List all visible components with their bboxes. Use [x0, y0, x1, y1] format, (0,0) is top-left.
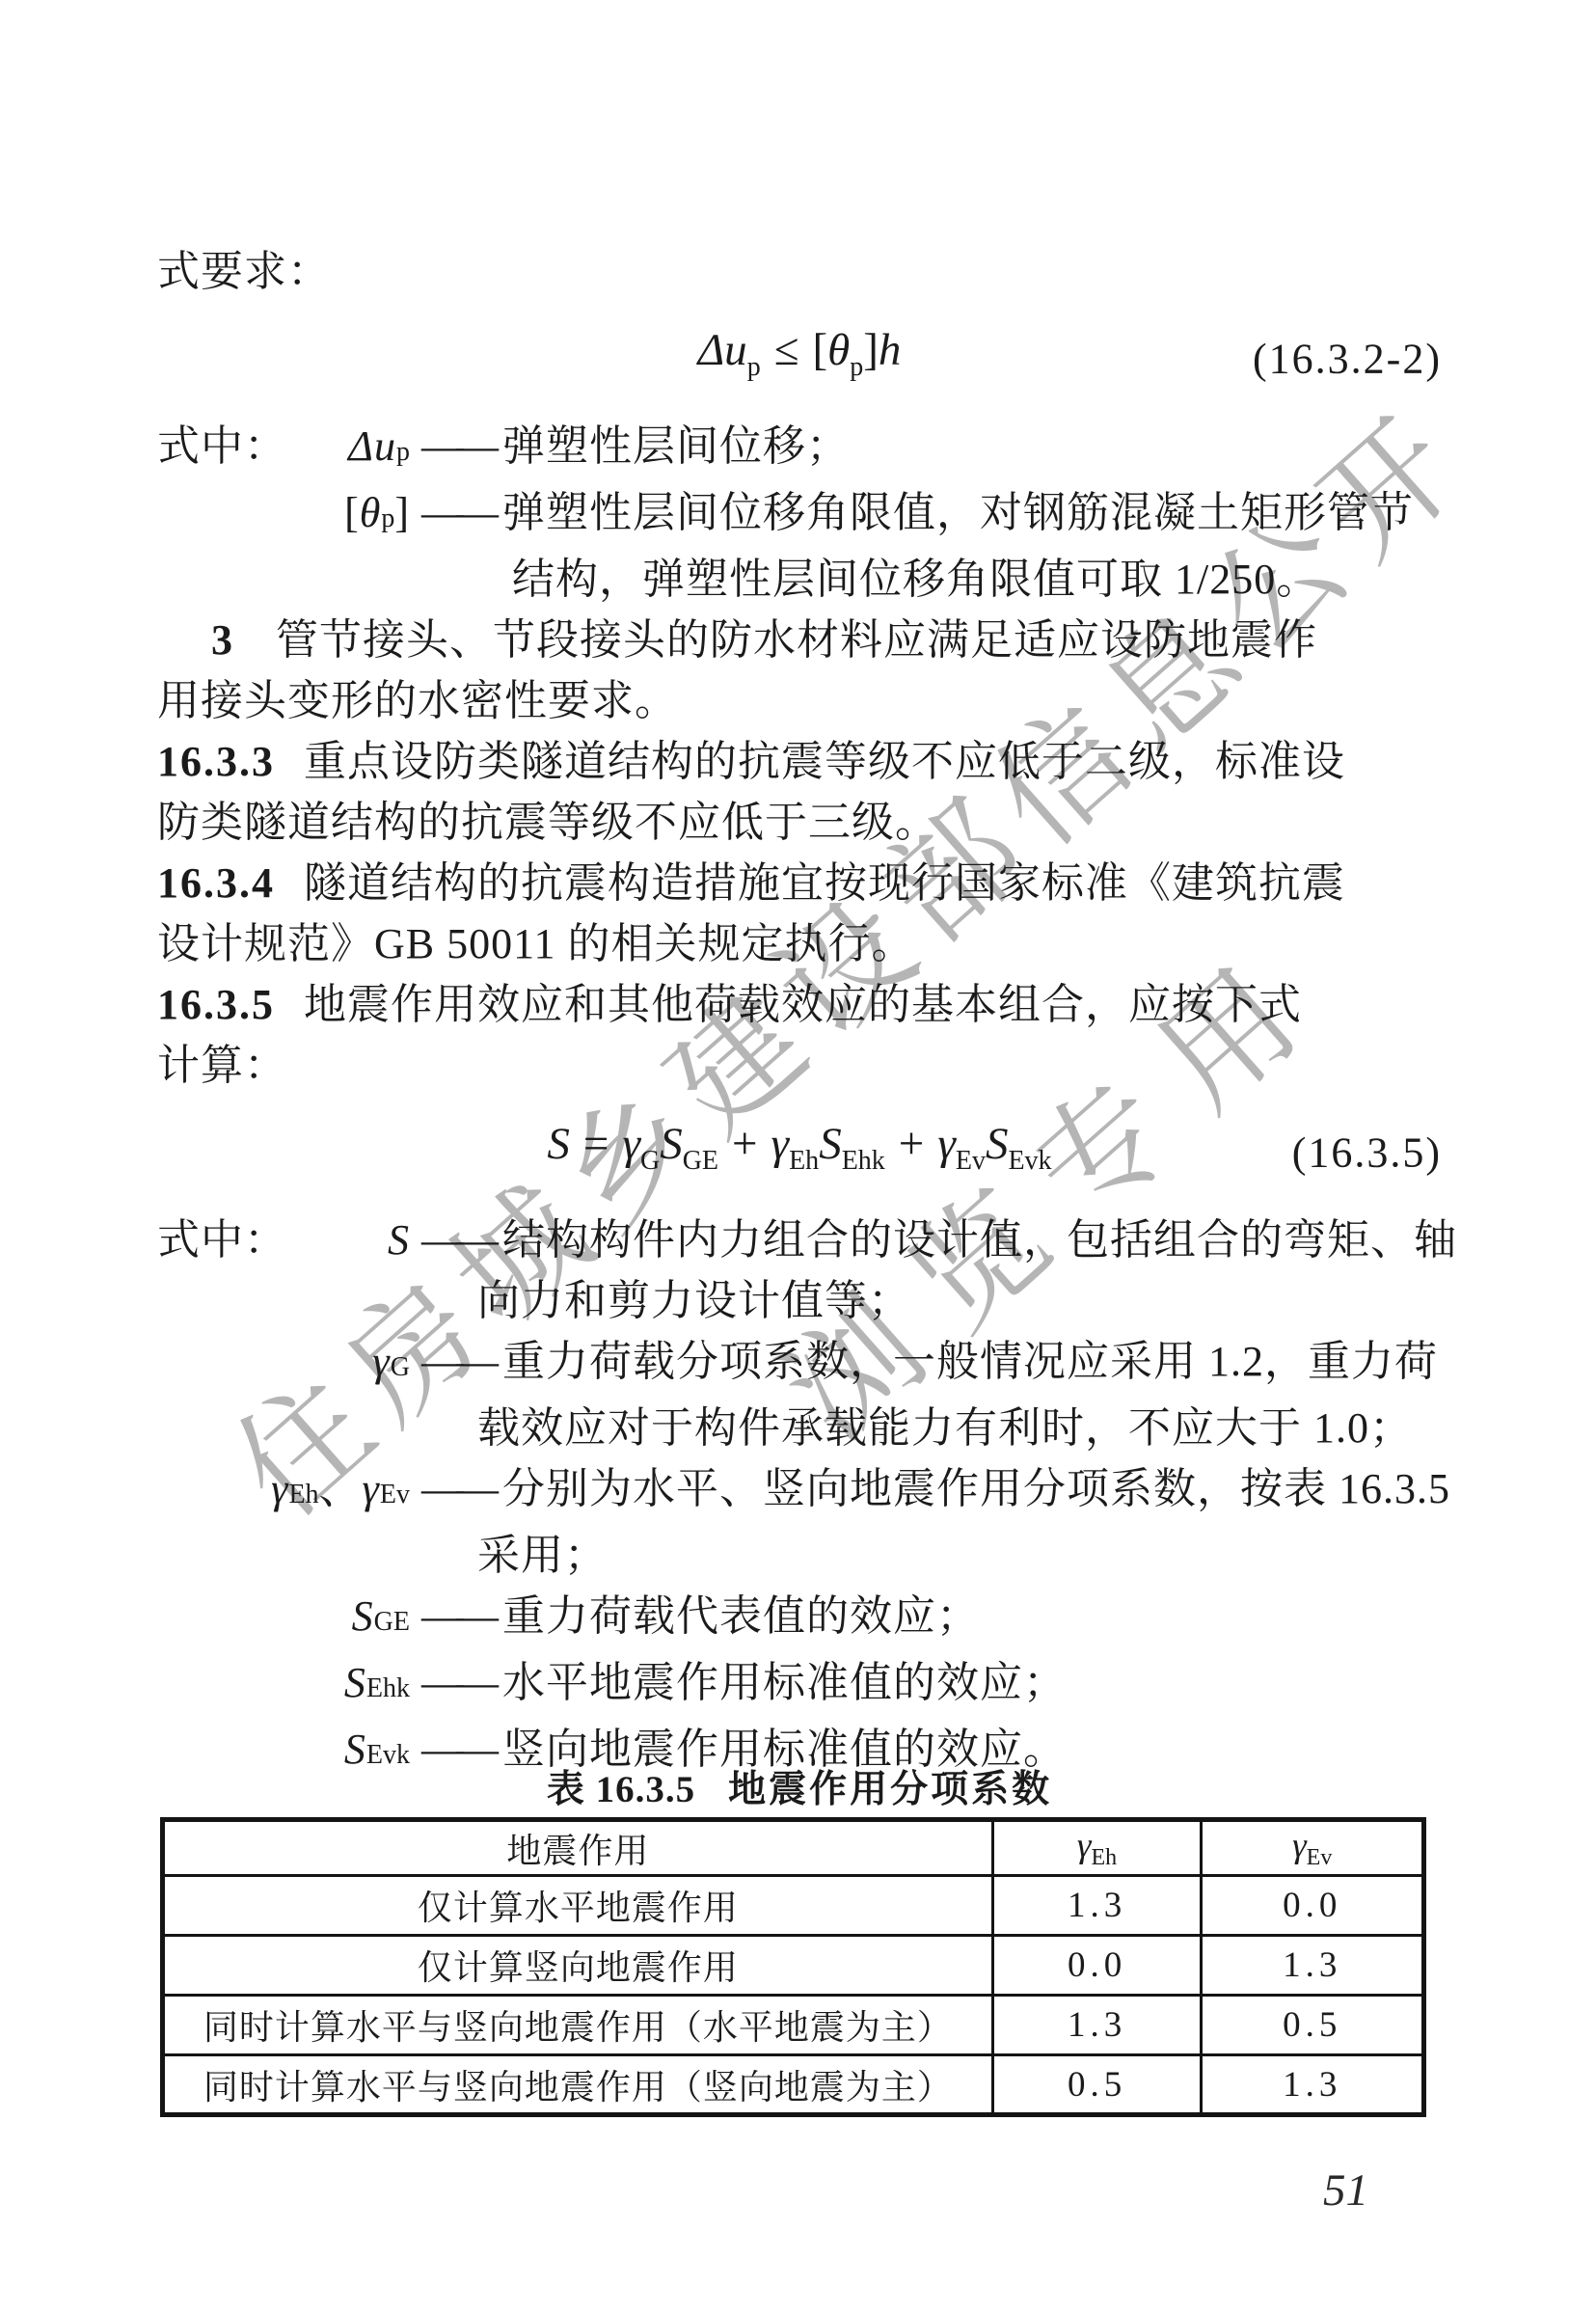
- eq-sub: p: [747, 352, 761, 382]
- def-symbol: SGE: [157, 1586, 410, 1652]
- eq-var: θ: [360, 482, 382, 543]
- clause-3-line-1: 3管节接头、节段接头的防水材料应满足适应设防地震作: [157, 610, 1442, 670]
- eq-bracket: [: [812, 325, 827, 375]
- definition-row: [θp] —— 弹塑性层间位移角限值，对钢筋混凝土矩形管节: [157, 482, 1442, 549]
- eq-var: γ: [622, 1119, 640, 1169]
- table-row: 同时计算水平与竖向地震作用（竖向地震为主） 0.5 1.3: [163, 2055, 1424, 2115]
- clause-text: 管节接头、节段接头的防水材料应满足适应设防地震作: [276, 616, 1317, 664]
- eq-var: S: [388, 1210, 410, 1270]
- eq-sub: p: [850, 352, 863, 382]
- body-text: 式要求： Δup≤[θp]h (16.3.2-2) 式中：Δup —— 弹塑性层…: [157, 241, 1442, 1785]
- def-symbol: γEh、γEv: [157, 1458, 410, 1525]
- eq-var: S: [344, 1652, 366, 1713]
- def-symbol: SEhk: [157, 1652, 410, 1719]
- eq-sub: Eh: [789, 1146, 819, 1176]
- table-row: 仅计算竖向地震作用 0.0 1.3: [163, 1936, 1424, 1996]
- def-text: 重力荷载代表值的效应；: [502, 1586, 1442, 1652]
- equation-16-3-2-2: Δup≤[θp]h (16.3.2-2): [157, 302, 1442, 416]
- intro-line: 式要求：: [157, 241, 1442, 302]
- eq-operator: =: [570, 1119, 623, 1169]
- document-page: 住房城乡建设部信息公开 浏览专用 式要求： Δup≤[θp]h (16.3.2-…: [0, 0, 1596, 2311]
- def-dash: ——: [410, 1652, 502, 1719]
- equation-body: Δup≤[θp]h: [698, 320, 902, 397]
- eq-sub: Eh: [288, 1464, 318, 1525]
- gamma-symbol: γ: [1292, 1826, 1307, 1865]
- table-header-row: 地震作用 γEh γEv: [163, 1820, 1424, 1876]
- table-cell: 1.3: [1202, 1936, 1424, 1996]
- eq-sub: p: [381, 488, 394, 549]
- definition-row: γEh、γEv —— 分别为水平、竖向地震作用分项系数，按表 16.3.5: [157, 1458, 1442, 1525]
- table-cell: 0.5: [992, 2055, 1202, 2115]
- table-16-3-5: 地震作用 γEh γEv 仅计算水平地震作用 1.3 0.0 仅计算竖向地震作用…: [160, 1817, 1426, 2117]
- clause-number: 3: [211, 616, 233, 664]
- eq-var: γ: [771, 1119, 790, 1169]
- eq-var: S: [660, 1119, 683, 1169]
- eq-sub: Ehk: [366, 1658, 410, 1719]
- clause-16-3-3-line-1: 16.3.3重点设防类隧道结构的抗震等级不应低于二级，标准设: [157, 731, 1442, 792]
- def-symbol: γG: [157, 1331, 410, 1398]
- clause-16-3-5-line-1: 16.3.5地震作用效应和其他荷载效应的基本组合，应按下式: [157, 974, 1442, 1035]
- page-number: 51: [1323, 2164, 1368, 2216]
- def-text: 重力荷载分项系数，一般情况应采用 1.2，重力荷: [502, 1331, 1442, 1398]
- def-continuation: 载效应对于构件承载能力有利时，不应大于 1.0；: [157, 1398, 1442, 1458]
- def-separator: 、: [319, 1458, 363, 1519]
- def-symbol: 式中：Δup: [157, 416, 410, 482]
- clause-label: 16.3.5: [157, 981, 275, 1028]
- clause-text: 隧道结构的抗震构造措施宜按现行国家标准《建筑抗震: [304, 859, 1345, 907]
- table-cell: 1.3: [992, 1876, 1202, 1936]
- def-dash: ——: [410, 1331, 502, 1398]
- gamma-symbol: γ: [1077, 1826, 1092, 1865]
- table-cell: 同时计算水平与竖向地震作用（竖向地震为主）: [163, 2055, 993, 2115]
- table-header-cell: 地震作用: [163, 1820, 993, 1876]
- equation-number: (16.3.5): [1292, 1123, 1442, 1183]
- def-symbol: [θp]: [157, 482, 410, 549]
- clause-label: 16.3.4: [157, 859, 275, 907]
- table-cell: 0.5: [1202, 1996, 1424, 2055]
- gamma-sub: Eh: [1092, 1845, 1118, 1870]
- table-cell: 0.0: [1202, 1876, 1424, 1936]
- eq-bracket: ]: [863, 325, 879, 375]
- eq-operator: +: [718, 1119, 771, 1169]
- table-row: 仅计算水平地震作用 1.3 0.0: [163, 1876, 1424, 1936]
- clause-16-3-3-line-2: 防类隧道结构的抗震等级不应低于三级。: [157, 792, 1442, 853]
- clause-label: 16.3.3: [157, 738, 275, 785]
- definition-row: SEhk —— 水平地震作用标准值的效应；: [157, 1652, 1442, 1719]
- eq-var: Δu: [348, 416, 396, 476]
- def-text: 弹塑性层间位移角限值，对钢筋混凝土矩形管节: [502, 482, 1442, 549]
- eq-sub: GE: [683, 1146, 718, 1176]
- table-cell: 1.3: [992, 1996, 1202, 2055]
- equation-body: S=γGSGE+γEhSEhk+γEvSEvk: [547, 1114, 1051, 1191]
- def-dash: ——: [410, 1458, 502, 1525]
- clause-16-3-4-line-2: 设计规范》GB 50011 的相关规定执行。: [157, 913, 1442, 974]
- eq-var: h: [879, 325, 902, 375]
- eq-bracket: ]: [394, 482, 410, 543]
- eq-sub: Ehk: [842, 1146, 885, 1176]
- def-dash: ——: [410, 482, 502, 549]
- eq-var: γ: [937, 1119, 956, 1169]
- eq-bracket: [: [344, 482, 360, 543]
- clause-16-3-5-line-2: 计算：: [157, 1035, 1442, 1096]
- def-symbol: 式中：S: [157, 1210, 410, 1270]
- def-text: 水平地震作用标准值的效应；: [502, 1652, 1442, 1719]
- definition-row: 式中：Δup —— 弹塑性层间位移；: [157, 416, 1442, 482]
- eq-var: Δu: [698, 325, 747, 375]
- def-dash: ——: [410, 416, 502, 482]
- gamma-sub: Ev: [1307, 1845, 1333, 1870]
- eq-var: S: [547, 1119, 570, 1169]
- table-cell: 同时计算水平与竖向地震作用（水平地震为主）: [163, 1996, 993, 2055]
- table-row: 同时计算水平与竖向地震作用（水平地震为主） 1.3 0.5: [163, 1996, 1424, 2055]
- clause-3-line-2: 用接头变形的水密性要求。: [157, 670, 1442, 731]
- def-continuation: 向力和剪力设计值等；: [157, 1270, 1442, 1331]
- eq-sub: GE: [374, 1591, 410, 1652]
- equation-16-3-5: S=γGSGE+γEhSEhk+γEvSEvk (16.3.5): [157, 1096, 1442, 1210]
- clause-16-3-4-line-1: 16.3.4隧道结构的抗震构造措施宜按现行国家标准《建筑抗震: [157, 853, 1442, 913]
- def-prefix: 式中：: [157, 416, 287, 476]
- eq-var: γ: [363, 1458, 380, 1519]
- def-prefix: 式中：: [157, 1210, 287, 1270]
- table-header-cell: γEv: [1202, 1820, 1424, 1876]
- clause-text: 重点设防类隧道结构的抗震等级不应低于二级，标准设: [304, 738, 1345, 785]
- eq-sub: Ev: [956, 1146, 986, 1176]
- table-cell: 0.0: [992, 1936, 1202, 1996]
- definition-row: 式中：S —— 结构构件内力组合的设计值，包括组合的弯矩、轴: [157, 1210, 1442, 1270]
- definition-row: SGE —— 重力荷载代表值的效应；: [157, 1586, 1442, 1652]
- equation-number: (16.3.2-2): [1253, 329, 1442, 390]
- eq-sub: G: [391, 1337, 410, 1398]
- eq-operator: +: [885, 1119, 938, 1169]
- eq-sub: Evk: [1008, 1146, 1051, 1176]
- table-title-number: 表 16.3.5: [547, 1769, 695, 1810]
- def-text: 结构构件内力组合的设计值，包括组合的弯矩、轴: [502, 1210, 1457, 1270]
- eq-sub: p: [396, 421, 410, 482]
- def-continuation: 采用；: [157, 1525, 1442, 1586]
- clause-text: 地震作用效应和其他荷载效应的基本组合，应按下式: [304, 981, 1302, 1028]
- eq-var: S: [986, 1119, 1009, 1169]
- definition-row: γG —— 重力荷载分项系数，一般情况应采用 1.2，重力荷: [157, 1331, 1442, 1398]
- eq-var: θ: [827, 325, 850, 375]
- def-dash: ——: [410, 1586, 502, 1652]
- table-cell: 仅计算水平地震作用: [163, 1876, 993, 1936]
- table-title: 表 16.3.5地震作用分项系数: [157, 1759, 1442, 1813]
- def-text: 分别为水平、竖向地震作用分项系数，按表 16.3.5: [502, 1458, 1450, 1525]
- eq-var: γ: [372, 1331, 390, 1392]
- table-title-text: 地震作用分项系数: [728, 1769, 1052, 1810]
- eq-operator: ≤: [761, 325, 813, 375]
- eq-sub: Ev: [380, 1464, 410, 1525]
- table-cell: 1.3: [1202, 2055, 1424, 2115]
- eq-var: γ: [271, 1458, 288, 1519]
- def-text: 弹塑性层间位移；: [502, 416, 1442, 482]
- table-cell: 仅计算竖向地震作用: [163, 1936, 993, 1996]
- table-header-cell: γEh: [992, 1820, 1202, 1876]
- def-continuation: 结构，弹塑性层间位移角限值可取 1/250。: [157, 549, 1442, 610]
- eq-var: S: [819, 1119, 842, 1169]
- def-dash: ——: [410, 1210, 502, 1270]
- eq-sub: G: [640, 1146, 660, 1176]
- eq-var: S: [352, 1586, 374, 1646]
